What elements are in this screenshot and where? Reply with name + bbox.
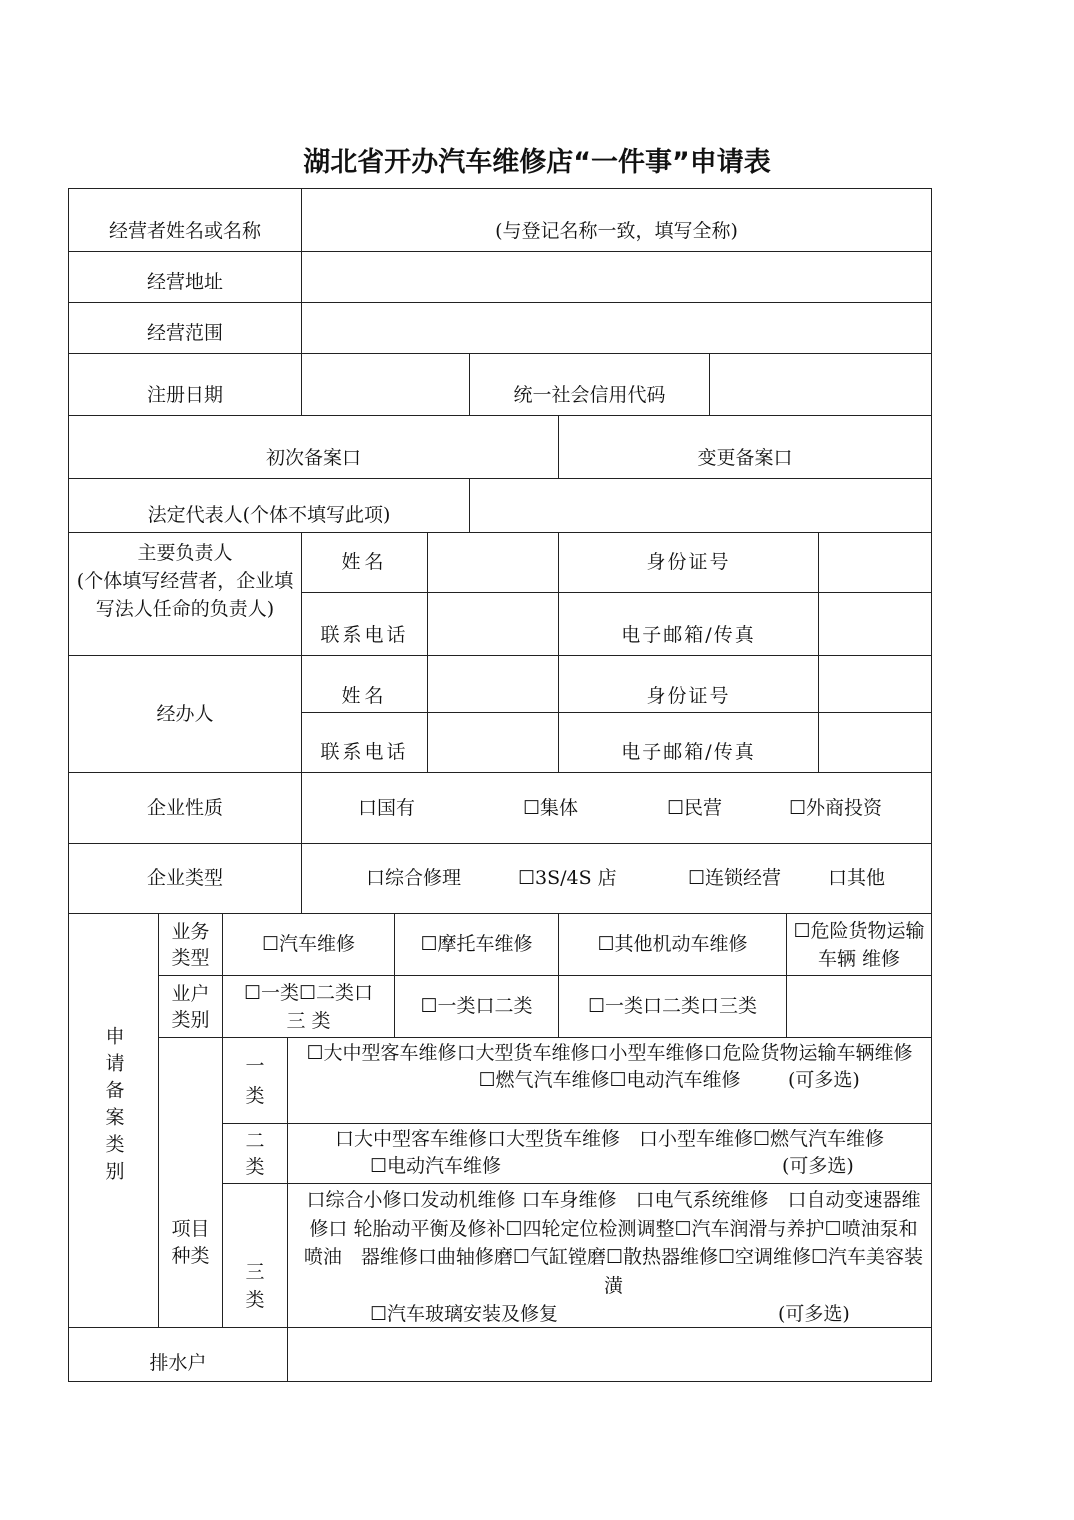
class3-multi-note: (可多选) <box>778 1300 850 1329</box>
principal-phone-label: 联系电话 <box>301 592 428 656</box>
nature-option-collective[interactable]: ☐集体 <box>523 795 667 822</box>
nature-options: 口国有 ☐集体 ☐民营 ☐外商投资 <box>301 772 932 844</box>
project-type-label: 项目种类 <box>158 1037 223 1328</box>
nature-option-private[interactable]: ☐民营 <box>667 795 789 822</box>
business-option-hazmat[interactable]: ☐危险货物运输车辆 维修 <box>786 913 932 976</box>
class2-options-line2[interactable]: ☐电动汽车维修 <box>370 1155 501 1177</box>
address-label: 经营地址 <box>68 251 302 303</box>
class3-options: 口综合小修口发动机维修 口车身维修 口电气系统维修 口自动变速器维修口 轮胎动平… <box>287 1183 932 1328</box>
household-option-hazmat[interactable] <box>786 975 932 1038</box>
legal-rep-field[interactable] <box>469 478 932 533</box>
class2-label: 二类 <box>222 1123 288 1184</box>
reg-date-field[interactable] <box>301 353 470 416</box>
initial-filing-option[interactable]: 初次备案口 <box>68 415 559 479</box>
class3-options-line2[interactable]: ☐汽车玻璃安装及修复 <box>370 1303 558 1325</box>
class1-label: 一类 <box>222 1037 288 1124</box>
principal-label-line1: 主要负责人 <box>73 539 297 567</box>
class3-options-line1[interactable]: 口综合小修口发动机维修 口车身维修 口电气系统维修 口自动变速器维修口 轮胎动平… <box>300 1186 927 1300</box>
handler-label: 经办人 <box>68 655 302 773</box>
form-title: 湖北省开办汽车维修店“一件事”申请表 <box>0 140 1074 179</box>
handler-name-field[interactable] <box>427 655 559 713</box>
handler-phone-label: 联系电话 <box>301 712 428 773</box>
class2-options-line1[interactable]: 口大中型客车维修口大型货车维修 口小型车维修☐燃气汽车维修 <box>292 1126 927 1153</box>
principal-id-label: 身份证号 <box>558 532 819 593</box>
handler-id-label: 身份证号 <box>558 655 819 713</box>
credit-code-label: 统一社会信用代码 <box>469 353 710 416</box>
change-filing-option[interactable]: 变更备案口 <box>558 415 932 479</box>
business-type-label: 业务类型 <box>158 913 223 976</box>
scope-label: 经营范围 <box>68 302 302 354</box>
reg-date-label: 注册日期 <box>68 353 302 416</box>
principal-name-label: 姓名 <box>301 532 428 593</box>
type-option-other[interactable]: 口其他 <box>828 865 885 892</box>
principal-label: 主要负责人 (个体填写经营者，企业填写法人任命的负责人) <box>68 532 302 656</box>
household-class-label: 业户类别 <box>158 975 223 1038</box>
handler-phone-field[interactable] <box>427 712 559 773</box>
type-option-chain[interactable]: ☐连锁经营 <box>688 865 828 892</box>
handler-name-label: 姓名 <box>301 655 428 713</box>
class1-options: ☐大中型客车维修口大型货车维修口小型车维修口危险货物运输车辆维修 ☐燃气汽车维修… <box>287 1037 932 1124</box>
nature-option-foreign[interactable]: ☐外商投资 <box>789 795 882 822</box>
type-options: 口综合修理 ☐3S/4S 店 ☐连锁经营 口其他 <box>301 843 932 914</box>
business-option-motorcycle[interactable]: ☐摩托车维修 <box>394 913 559 976</box>
principal-name-field[interactable] <box>427 532 559 593</box>
handler-id-field[interactable] <box>818 655 932 713</box>
household-option-motorcycle[interactable]: ☐一类口二类 <box>394 975 559 1038</box>
operator-name-field[interactable]: (与登记名称一致，填写全称) <box>301 188 932 252</box>
nature-label: 企业性质 <box>68 772 302 844</box>
class2-options: 口大中型客车维修口大型货车维修 口小型车维修☐燃气汽车维修 ☐电动汽车维修 (可… <box>287 1123 932 1184</box>
drainage-label: 排水户 <box>68 1327 288 1382</box>
credit-code-field[interactable] <box>709 353 932 416</box>
operator-name-label: 经营者姓名或名称 <box>68 188 302 252</box>
principal-email-field[interactable] <box>818 592 932 656</box>
class3-label: 三类 <box>222 1183 288 1328</box>
category-label-cell: 申请备案类别 <box>68 913 159 1328</box>
principal-email-label: 电子邮箱/传真 <box>558 592 819 656</box>
household-option-car[interactable]: ☐一类☐二类口三 类 <box>222 975 395 1038</box>
type-option-4s[interactable]: ☐3S/4S 店 <box>518 865 688 892</box>
class2-multi-note: (可多选) <box>782 1153 854 1180</box>
business-option-other-vehicle[interactable]: ☐其他机动车维修 <box>558 913 787 976</box>
type-label: 企业类型 <box>68 843 302 914</box>
address-field[interactable] <box>301 251 932 303</box>
class1-options-line1[interactable]: ☐大中型客车维修口大型货车维修口小型车维修口危险货物运输车辆维修 <box>292 1040 927 1067</box>
principal-id-field[interactable] <box>818 532 932 593</box>
business-option-car[interactable]: ☐汽车维修 <box>222 913 395 976</box>
category-label: 申请备案类别 <box>104 1026 124 1188</box>
class1-options-line2[interactable]: ☐燃气汽车维修☐电动汽车维修 <box>478 1069 740 1091</box>
household-option-other-vehicle[interactable]: ☐一类口二类口三类 <box>558 975 787 1038</box>
handler-email-label: 电子邮箱/传真 <box>558 712 819 773</box>
class1-multi-note: (可多选) <box>788 1067 860 1094</box>
scope-field[interactable] <box>301 302 932 354</box>
legal-rep-label: 法定代表人(个体不填写此项) <box>68 478 470 533</box>
type-option-general[interactable]: 口综合修理 <box>366 865 518 892</box>
principal-phone-field[interactable] <box>427 592 559 656</box>
drainage-field[interactable] <box>287 1327 932 1382</box>
nature-option-state[interactable]: 口国有 <box>358 795 523 822</box>
handler-email-field[interactable] <box>818 712 932 773</box>
principal-label-line2: (个体填写经营者，企业填写法人任命的负责人) <box>73 567 297 623</box>
